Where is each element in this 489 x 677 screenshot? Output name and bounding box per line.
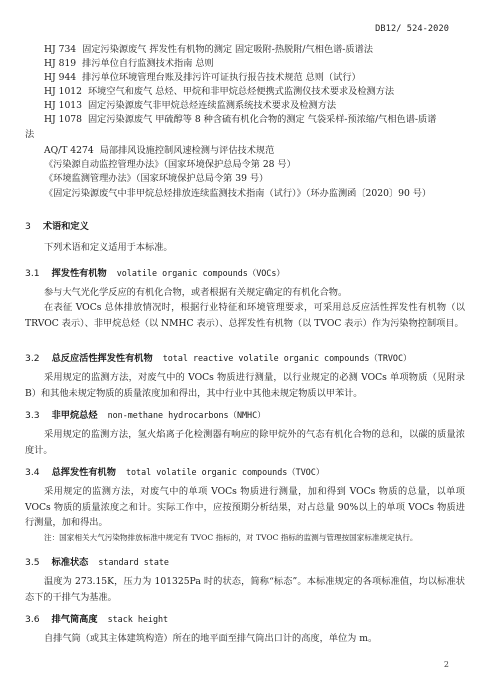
term-en: total reactive volatile organic compound… [163, 353, 412, 363]
section-intro: 下列术语和定义适用于本标准。 [25, 240, 465, 256]
term-zh: 非甲烷总烃 [52, 410, 98, 421]
reference-title: 环境空气和废气 总烃、甲烷和非甲烷总烃便携式监测仪技术要求及检测方法 [88, 86, 394, 97]
term-heading: 3.2总反应活性挥发性有机物total reactive volatile or… [25, 350, 411, 364]
term-heading: 3.6排气筒高度stack height [25, 611, 168, 625]
reference-code: HJ 1013 [44, 100, 82, 112]
term-zh: 总挥发性有机物 [52, 467, 116, 478]
reference-item: 《污染源自动监控管理办法》（国家环境保护总局令第 28 号） [44, 159, 296, 171]
term-number: 3.3 [25, 410, 40, 421]
term-heading: 3.3非甲烷总烃non-methane hydrocarbons（NMHC） [25, 407, 266, 421]
term-paragraph: 自排气筒（或其主体建筑构造）所在的地平面至排气筒出口计的高度，单位为 m。 [25, 631, 465, 647]
reference-item: 《固定污染源废气中非甲烷总烃排放连续监测技术指南（试行）》（环办监测函〔2020… [44, 188, 431, 200]
reference-code: AQ/T 4274 [44, 145, 94, 157]
term-number: 3.4 [25, 467, 40, 478]
term-en: volatile organic compounds（VOCs） [117, 268, 285, 278]
section-number: 3 [25, 221, 31, 232]
page-header: DB12/ 524-2020 [375, 24, 449, 34]
reference-title: 局部排风设施控制风速检测与评估技术规范 [100, 145, 275, 156]
term-paragraph: 参与大气光化学反应的有机化合物，或者根据有关规定确定的有机化合物。 [25, 285, 465, 301]
term-paragraph: 温度为 273.15K，压力为 101325Pa 时的状态，简称“标态”。本标准… [25, 574, 465, 605]
reference-item: 《环境监测管理办法》（国家环境保护总局令第 39 号） [44, 173, 268, 185]
page-number: 2 [444, 660, 449, 669]
reference-title: 固定污染源废气非甲烷总烃连续监测系统技术要求及检测方法 [88, 100, 336, 111]
reference-code: HJ 734 [44, 44, 76, 56]
reference-title: 固定污染源废气 甲硫醇等 8 种含硫有机化合物的测定 气袋采样-预浓缩/气相色谱… [88, 114, 436, 125]
term-en: total volatile organic compounds（TVOC） [126, 467, 324, 477]
term-paragraph: 采用规定的监测方法，对废气中的 VOCs 物质进行测量，以行业规定的必测 VOC… [25, 370, 465, 401]
term-paragraph: 采用规定的监测方法，对废气中的单项 VOCs 物质进行测量，加和得到 VOCs … [25, 484, 465, 531]
term-zh: 标准状态 [52, 557, 89, 568]
term-zh: 总反应活性挥发性有机物 [52, 353, 153, 364]
section-heading: 3术语和定义 [25, 218, 89, 232]
term-paragraph: 采用规定的监测方法，氢火焰离子化检测器有响应的除甲烷外的气态有机化合物的总和，以… [25, 427, 465, 458]
reference-item: AQ/T 4274局部排风设施控制风速检测与评估技术规范 [44, 145, 274, 157]
term-number: 3.2 [25, 353, 40, 364]
term-number: 3.1 [25, 268, 40, 279]
term-number: 3.6 [25, 614, 40, 625]
term-zh: 挥发性有机物 [52, 268, 107, 279]
section-title: 术语和定义 [43, 221, 89, 232]
reference-item: HJ 1078固定污染源废气 甲硫醇等 8 种含硫有机化合物的测定 气袋采样-预… [44, 114, 436, 126]
term-heading: 3.5标准状态standard state [25, 554, 169, 568]
term-note: 注：国家相关大气污染物排放标准中规定有 TVOC 指标的，对 TVOC 指标的监… [44, 532, 418, 543]
reference-code: HJ 819 [44, 58, 76, 70]
reference-item: HJ 1013固定污染源废气非甲烷总烃连续监测系统技术要求及检测方法 [44, 100, 336, 112]
reference-title: 《固定污染源废气中非甲烷总烃排放连续监测技术指南（试行）》（环办监测函〔2020… [44, 188, 431, 199]
term-paragraph: 在表征 VOCs 总体排放情况时，根据行业特征和环境管理要求，可采用总反应活性挥… [25, 300, 465, 331]
term-en: standard state [98, 557, 169, 567]
reference-item: HJ 819排污单位自行监测技术指南 总则 [44, 58, 214, 70]
reference-code: HJ 1012 [44, 86, 82, 98]
reference-code: HJ 944 [44, 72, 76, 84]
reference-item: HJ 734固定污染源废气 挥发性有机物的测定 固定吸附-热脱附/气相色谱-质谱… [44, 44, 373, 56]
term-en: non-methane hydrocarbons（NMHC） [108, 410, 266, 420]
reference-title: 固定污染源废气 挥发性有机物的测定 固定吸附-热脱附/气相色谱-质谱法 [82, 44, 373, 55]
reference-code: HJ 1078 [44, 114, 82, 126]
reference-wrap: 法 [25, 129, 34, 141]
term-zh: 排气筒高度 [52, 614, 98, 625]
term-heading: 3.1挥发性有机物volatile organic compounds（VOCs… [25, 265, 285, 279]
term-en: stack height [108, 614, 169, 624]
reference-title: 《污染源自动监控管理办法》（国家环境保护总局令第 28 号） [44, 159, 296, 170]
term-number: 3.5 [25, 557, 40, 568]
reference-item: HJ 1012环境空气和废气 总烃、甲烷和非甲烷总烃便携式监测仪技术要求及检测方… [44, 86, 394, 98]
reference-title: 《环境监测管理办法》（国家环境保护总局令第 39 号） [44, 173, 268, 184]
term-heading: 3.4总挥发性有机物total volatile organic compoun… [25, 464, 324, 478]
reference-title: 排污单位环境管理台账及排污许可证执行报告技术规范 总则（试行） [82, 72, 361, 83]
reference-title: 排污单位自行监测技术指南 总则 [82, 58, 214, 69]
reference-item: HJ 944排污单位环境管理台账及排污许可证执行报告技术规范 总则（试行） [44, 72, 361, 84]
